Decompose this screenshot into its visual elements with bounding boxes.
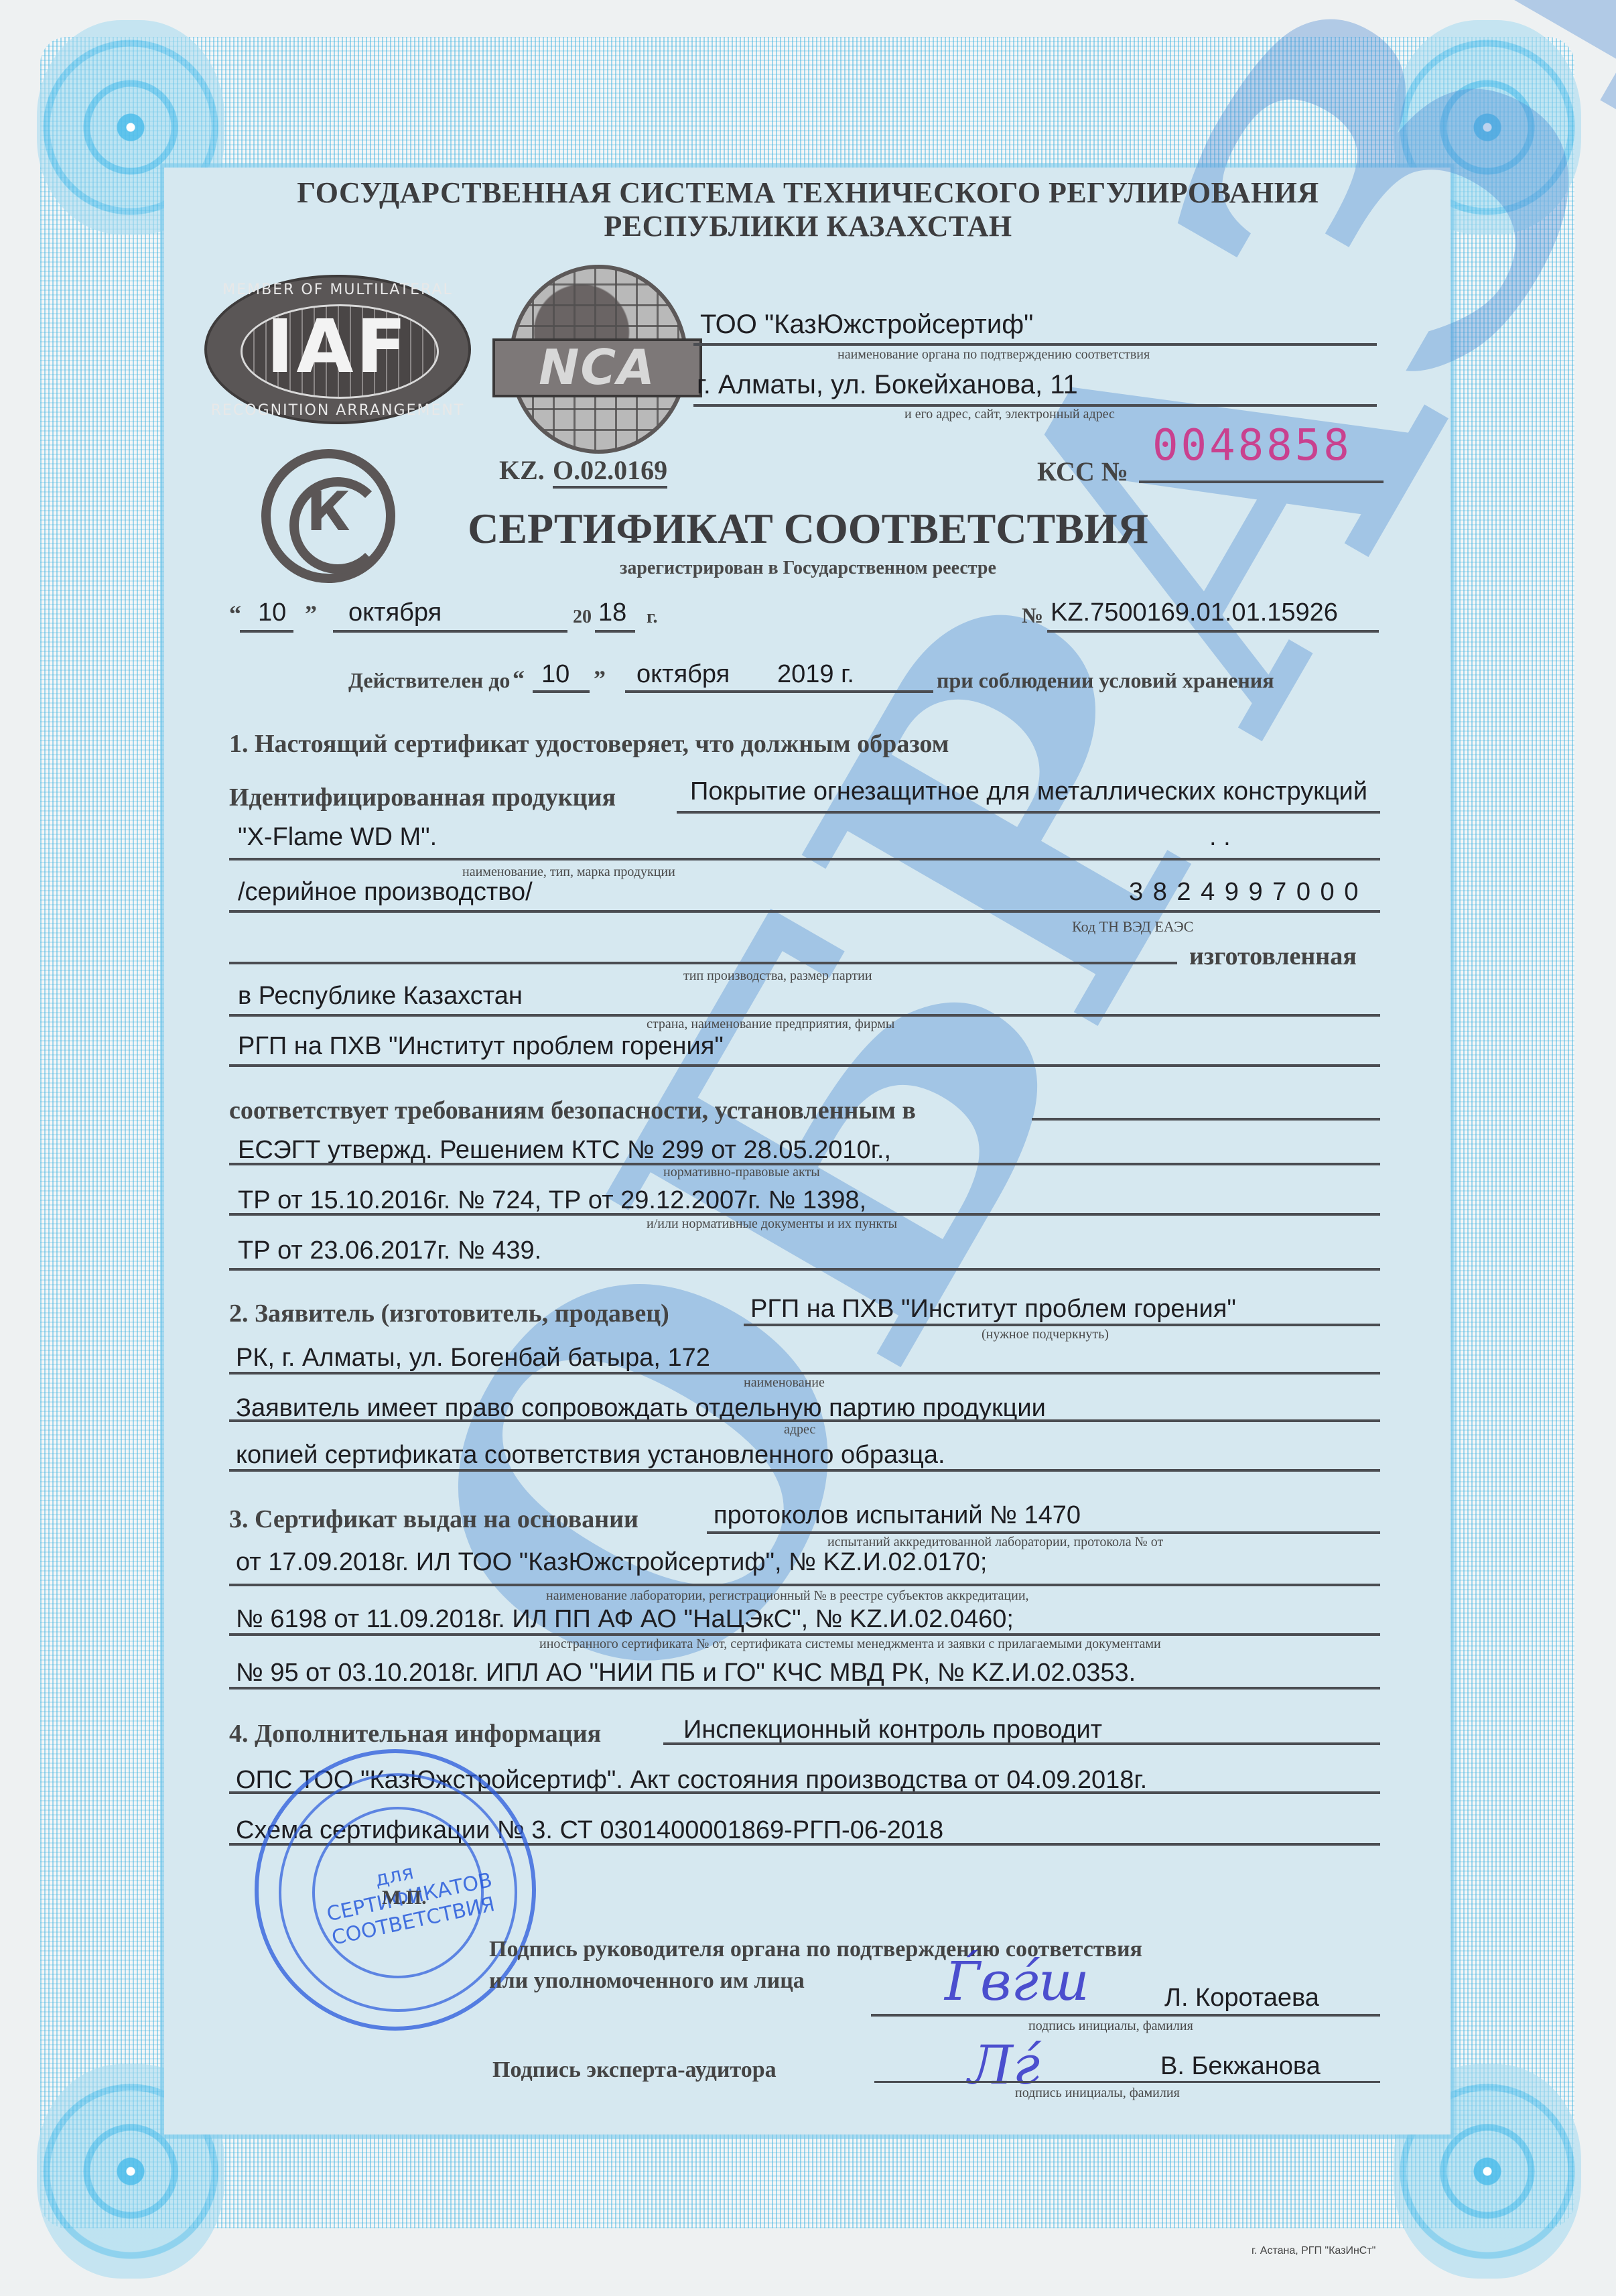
compliance-label: соответствует требованиям безопасности, … — [229, 1096, 916, 1125]
head-signature-hint: подпись инициалы, фамилия — [1028, 2019, 1193, 2034]
additional-info-line-1: Инспекционный контроль проводит — [683, 1716, 1102, 1744]
norm-line-3-underline — [229, 1268, 1380, 1271]
validity-condition: при соблюдении условий хранения — [937, 668, 1274, 693]
basis-line-4-underline — [229, 1687, 1380, 1689]
basis-line-3: № 6198 от 11.09.2018г. ИЛ ПП АФ АО "НаЦЭ… — [236, 1605, 1014, 1634]
manufactured-label: изготовленная — [1189, 942, 1357, 971]
section2-heading: 2. Заявитель (изготовитель, продавец) — [229, 1299, 669, 1328]
applicant-name: РГП на ПХВ "Институт проблем горения" — [750, 1295, 1236, 1324]
organ-address: г. Алматы, ул. Бокейханова, 11 — [697, 370, 1078, 400]
iaf-logo-icon: MEMBER OF MULTILATERAL IAF RECOGNITION A… — [204, 275, 471, 424]
norm-line-2-underline — [229, 1213, 1380, 1216]
issue-month-line — [333, 630, 567, 633]
auditor-name: В. Бекжанова — [1160, 2052, 1321, 2081]
issue-day-line — [240, 630, 293, 633]
auditor-signature-hint: подпись инициалы, фамилия — [1015, 2086, 1180, 2101]
iaf-top-text: MEMBER OF MULTILATERAL — [207, 281, 468, 298]
reg-number-label: № — [1022, 603, 1043, 628]
kss-label: КСС № — [1037, 456, 1128, 487]
applicant-note-line2-underline — [229, 1469, 1380, 1472]
norm-line-1: ЕСЭГТ утвержд. Решением КТС № 299 от 28.… — [238, 1136, 891, 1165]
stamp-mp-label: М.П. — [382, 1887, 427, 1909]
serial-number: 0048858 — [1152, 421, 1352, 470]
certificate-title: СЕРТИФИКАТ СООТВЕТСТВИЯ — [0, 504, 1616, 554]
iaf-bottom-text: RECOGNITION ARRANGEMENT — [207, 402, 468, 419]
country-of-origin: в Республике Казахстан — [238, 982, 523, 1011]
issue-year-line — [595, 630, 635, 633]
product-line2-marks: . . — [1209, 823, 1231, 852]
applicant-hint: (нужное подчеркнуть) — [982, 1327, 1109, 1342]
validity-month: октября — [636, 660, 730, 689]
manufacturer-underline — [229, 1064, 1380, 1067]
nca-logo-text: NCA — [492, 338, 702, 397]
printer-imprint: г. Астана, РГП "КазИнСт" — [1252, 2245, 1375, 2257]
product-name-line2: "X-Flame WD M". — [238, 823, 437, 852]
organ-name-line — [693, 343, 1377, 346]
country-hint: страна, наименование предприятия, фирмы — [647, 1017, 894, 1032]
applicant-address-underline — [229, 1372, 1380, 1375]
applicant-note-hint: адрес — [784, 1422, 815, 1438]
head-signature-icon: Ѓвѓш — [945, 1950, 1089, 2013]
validity-day: 10 — [541, 660, 569, 689]
basis-line-1-underline — [707, 1531, 1380, 1534]
auditor-signature-line — [874, 2081, 1380, 2083]
validity-year: 2019 г. — [777, 660, 854, 689]
accreditation-prefix: KZ. — [499, 454, 545, 486]
production-type: /серийное производство/ — [238, 878, 533, 907]
issue-year-prefix: 20 — [573, 607, 592, 628]
iaf-letters: IAF — [207, 310, 468, 383]
organ-name: ТОО "КазЮжстройсертиф" — [700, 310, 1033, 340]
issue-quote-close: ” — [305, 600, 317, 628]
basis-line-2: от 17.09.2018г. ИЛ ТОО "КазЮжстройсертиф… — [236, 1548, 987, 1577]
head-signer-name: Л. Коротаева — [1164, 1984, 1319, 2013]
issue-quote-open: “ — [229, 600, 241, 628]
issue-year-unit: г. — [647, 607, 658, 628]
tn-ved-hint: Код ТН ВЭД ЕАЭС — [1072, 918, 1193, 936]
validity-date-line — [625, 690, 933, 693]
header-line-2: РЕСПУБЛИКИ КАЗАХСТАН — [0, 209, 1616, 243]
compliance-line — [1032, 1118, 1380, 1121]
product-label: Идентифицированная продукция — [229, 783, 616, 812]
issue-day: 10 — [258, 598, 286, 627]
norm-hint-1: нормативно-правовые акты — [663, 1165, 820, 1180]
manufacturer-name: РГП на ПХВ "Институт проблем горения" — [238, 1032, 724, 1061]
reg-number-line — [1047, 630, 1379, 633]
validity-label: Действителен до — [348, 668, 510, 693]
basis-hint-3: иностранного сертификата № от, сертифика… — [539, 1637, 1161, 1652]
applicant-address-hint: наименование — [744, 1375, 825, 1391]
organ-name-hint: наименование органа по подтверждению соо… — [837, 347, 1150, 363]
applicant-underline — [744, 1324, 1380, 1326]
applicant-address: РК, г. Алматы, ул. Богенбай батыра, 172 — [236, 1344, 710, 1373]
issue-year: 18 — [598, 598, 626, 627]
norm-line-2: ТР от 15.10.2016г. № 724, ТР от 29.12.20… — [238, 1186, 866, 1215]
basis-line-1: протоколов испытаний № 1470 — [714, 1501, 1081, 1530]
production-underline — [229, 910, 1380, 913]
issue-month: октября — [348, 598, 442, 627]
production-hint: тип производства, размер партии — [683, 968, 872, 984]
applicant-note-line2: копией сертификата соответствия установл… — [236, 1441, 945, 1470]
section3-heading: 3. Сертификат выдан на основании — [229, 1505, 638, 1534]
basis-hint-2: наименование лаборатории, регистрационны… — [546, 1588, 1029, 1604]
validity-quote-open: “ — [513, 665, 525, 693]
section1-heading: 1. Настоящий сертификат удостоверяет, чт… — [229, 729, 949, 759]
applicant-note-line1: Заявитель имеет право сопровождать отдел… — [236, 1394, 1046, 1423]
validity-quote-close: ” — [594, 665, 606, 693]
accreditation-number: O.02.0169 — [553, 454, 667, 489]
production-type-line — [229, 962, 1177, 964]
head-signature-label-2: или уполномоченного им лица — [489, 1968, 805, 1994]
kss-line — [1139, 481, 1384, 483]
basis-line-4: № 95 от 03.10.2018г. ИПЛ АО "НИИ ПБ и ГО… — [236, 1659, 1136, 1687]
head-signature-line — [871, 2014, 1380, 2017]
basis-line-2-underline — [229, 1584, 1380, 1586]
basis-line-3-underline — [229, 1633, 1380, 1636]
product-line1-underline — [677, 811, 1380, 814]
additional-info-line-1-underline — [663, 1742, 1380, 1745]
product-name-line1: Покрытие огнезащитное для металлических … — [690, 777, 1367, 806]
reg-number: KZ.7500169.01.01.15926 — [1051, 598, 1338, 627]
validity-day-line — [533, 690, 590, 693]
auditor-signature-label: Подпись эксперта-аудитора — [492, 2057, 777, 2083]
organ-address-hint: и его адрес, сайт, электронный адрес — [904, 407, 1115, 422]
section4-heading: 4. Дополнительная информация — [229, 1719, 601, 1748]
header-line-1: ГОСУДАРСТВЕННАЯ СИСТЕМА ТЕХНИЧЕСКОГО РЕГ… — [0, 176, 1616, 210]
norm-hint-2: и/или нормативные документы и их пункты — [647, 1216, 897, 1232]
tn-ved-code: 3 8 2 4 9 9 7 0 0 0 — [1129, 878, 1359, 907]
certificate-page: ОБРАЗЕЦ ГОСУДАРСТВЕННАЯ СИСТЕМА ТЕХНИЧЕС… — [0, 0, 1616, 2296]
certificate-subtitle: зарегистрирован в Государственном реестр… — [0, 558, 1616, 579]
product-line2-underline — [229, 858, 1380, 860]
norm-line-3: ТР от 23.06.2017г. № 439. — [238, 1236, 541, 1265]
